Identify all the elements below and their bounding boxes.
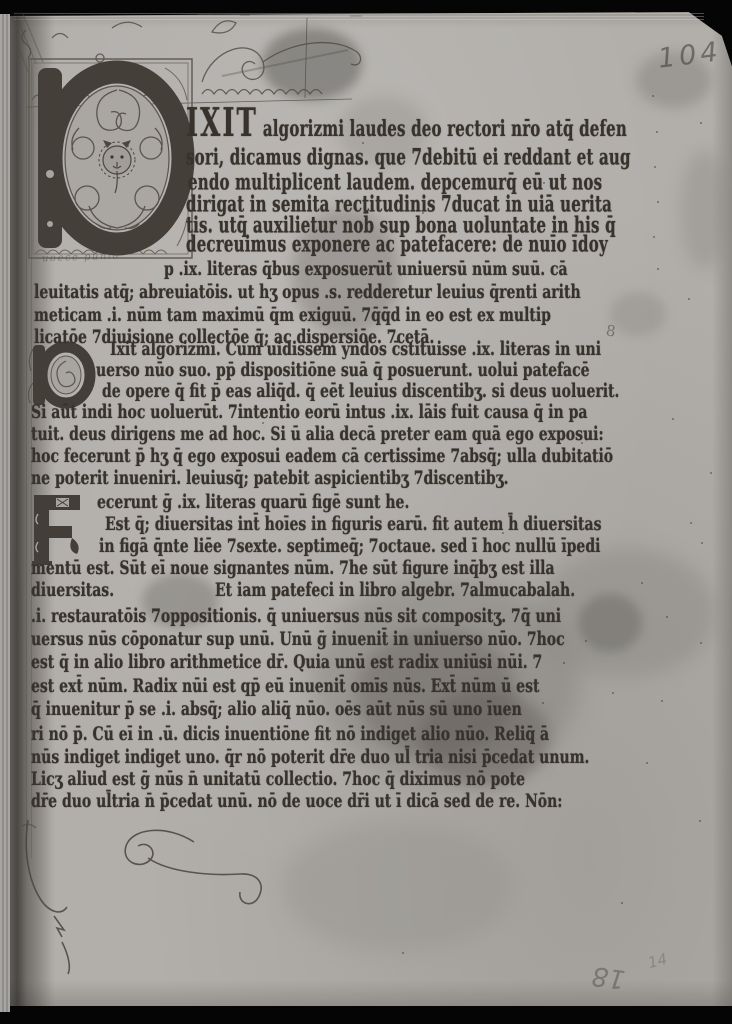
text-line: est q̄ in alio libro arithmetice dr̄. Qu… xyxy=(31,650,542,676)
stain xyxy=(282,822,512,952)
text-line: dr̄e duo ul̄tria n̄ p̄cedat unū. nō de u… xyxy=(31,789,562,815)
facing-page-edge xyxy=(0,14,10,1012)
text-line: diuersitas. xyxy=(31,578,114,604)
display-capitals: IXIT xyxy=(186,102,258,147)
stain xyxy=(578,594,642,652)
initial-d-artwork xyxy=(27,56,195,262)
pencil-mark-bottom: 18 xyxy=(590,960,627,994)
manuscript-photo: D xyxy=(0,0,732,1024)
text-line-rest: algorizmi laudes deo rectori nr̄o atq̄ d… xyxy=(263,115,627,142)
text-line: q̄ inuenitur p̄ se .i. absq̄; alio aliq̄… xyxy=(31,697,522,723)
stain xyxy=(680,150,730,270)
bottom-flourish-ornament xyxy=(16,820,286,980)
text-line: Et iam patefeci in libro algebr. 7almuca… xyxy=(215,578,575,604)
text-line: decreuimus exponere ac patefacere: de nu… xyxy=(186,229,608,259)
text-line: ne poterit inueniri. leuiusq̄; patebit a… xyxy=(31,466,508,492)
stain xyxy=(610,292,666,336)
text-line: IXITalgorizmi laudes deo rectori nr̄o at… xyxy=(186,109,627,139)
dust-speckles xyxy=(0,0,2,2)
